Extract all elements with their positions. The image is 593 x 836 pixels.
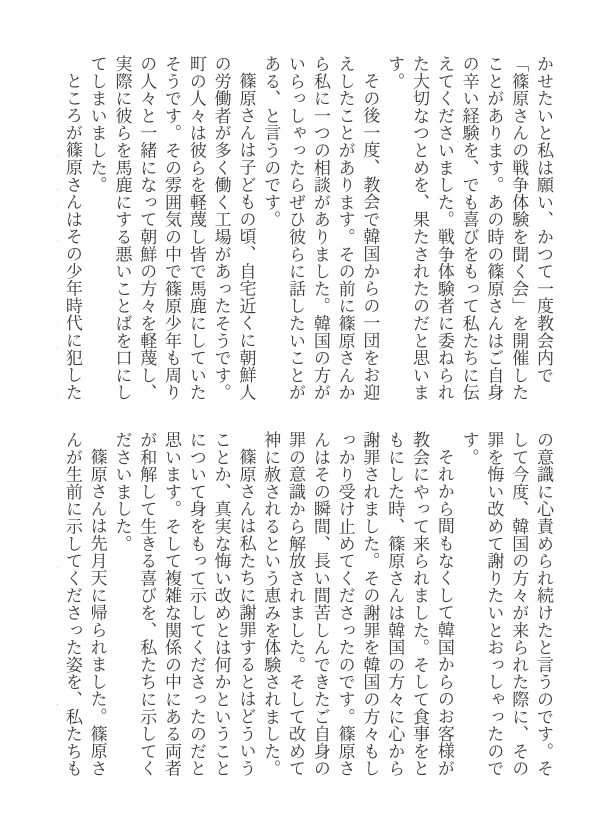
paragraph: ところが篠原さんはその少年時代に犯した過ちがその後も忘れられず、７０年以上も罪 bbox=[57, 55, 84, 409]
paragraph: それから間もなくして韓国からのお客様が教会にやって来られました。そして食事をとも… bbox=[257, 431, 455, 785]
paragraph: 篠原さんは私たちに謝罪するとはどういうことか、真実な悔い改めとは何かということに… bbox=[109, 431, 258, 785]
paragraph: その後一度、教会で韓国からの一団をお迎えしたことがあります。その前に篠原さんから… bbox=[257, 55, 381, 409]
upper-text-block: かせたいと私は願い、かつて一度教会内で「篠原さんの戦争体験を聞く会」を開催したこ… bbox=[57, 55, 555, 409]
lower-text-block: の意識に心責められ続けたと言うのです。そして今度、韓国の方々が来られた際に、その… bbox=[57, 431, 555, 785]
paragraph-continuation: の意識に心責められ続けたと言うのです。そして今度、韓国の方々が来られた際に、その… bbox=[456, 431, 555, 785]
paragraph-continuation: かせたいと私は願い、かつて一度教会内で「篠原さんの戦争体験を聞く会」を開催したこ… bbox=[381, 55, 555, 409]
paragraph: 篠原さんは先月天に帰られました。篠原さんが生前に示してくださった姿を、私たちもし… bbox=[57, 431, 109, 785]
document-page: かせたいと私は願い、かつて一度教会内で「篠原さんの戦争体験を聞く会」を開催したこ… bbox=[0, 0, 593, 836]
paragraph: 篠原さんは子どもの頃、自宅近くに朝鮮人の労働者が多く働く工場があったそうです。町… bbox=[84, 55, 258, 409]
